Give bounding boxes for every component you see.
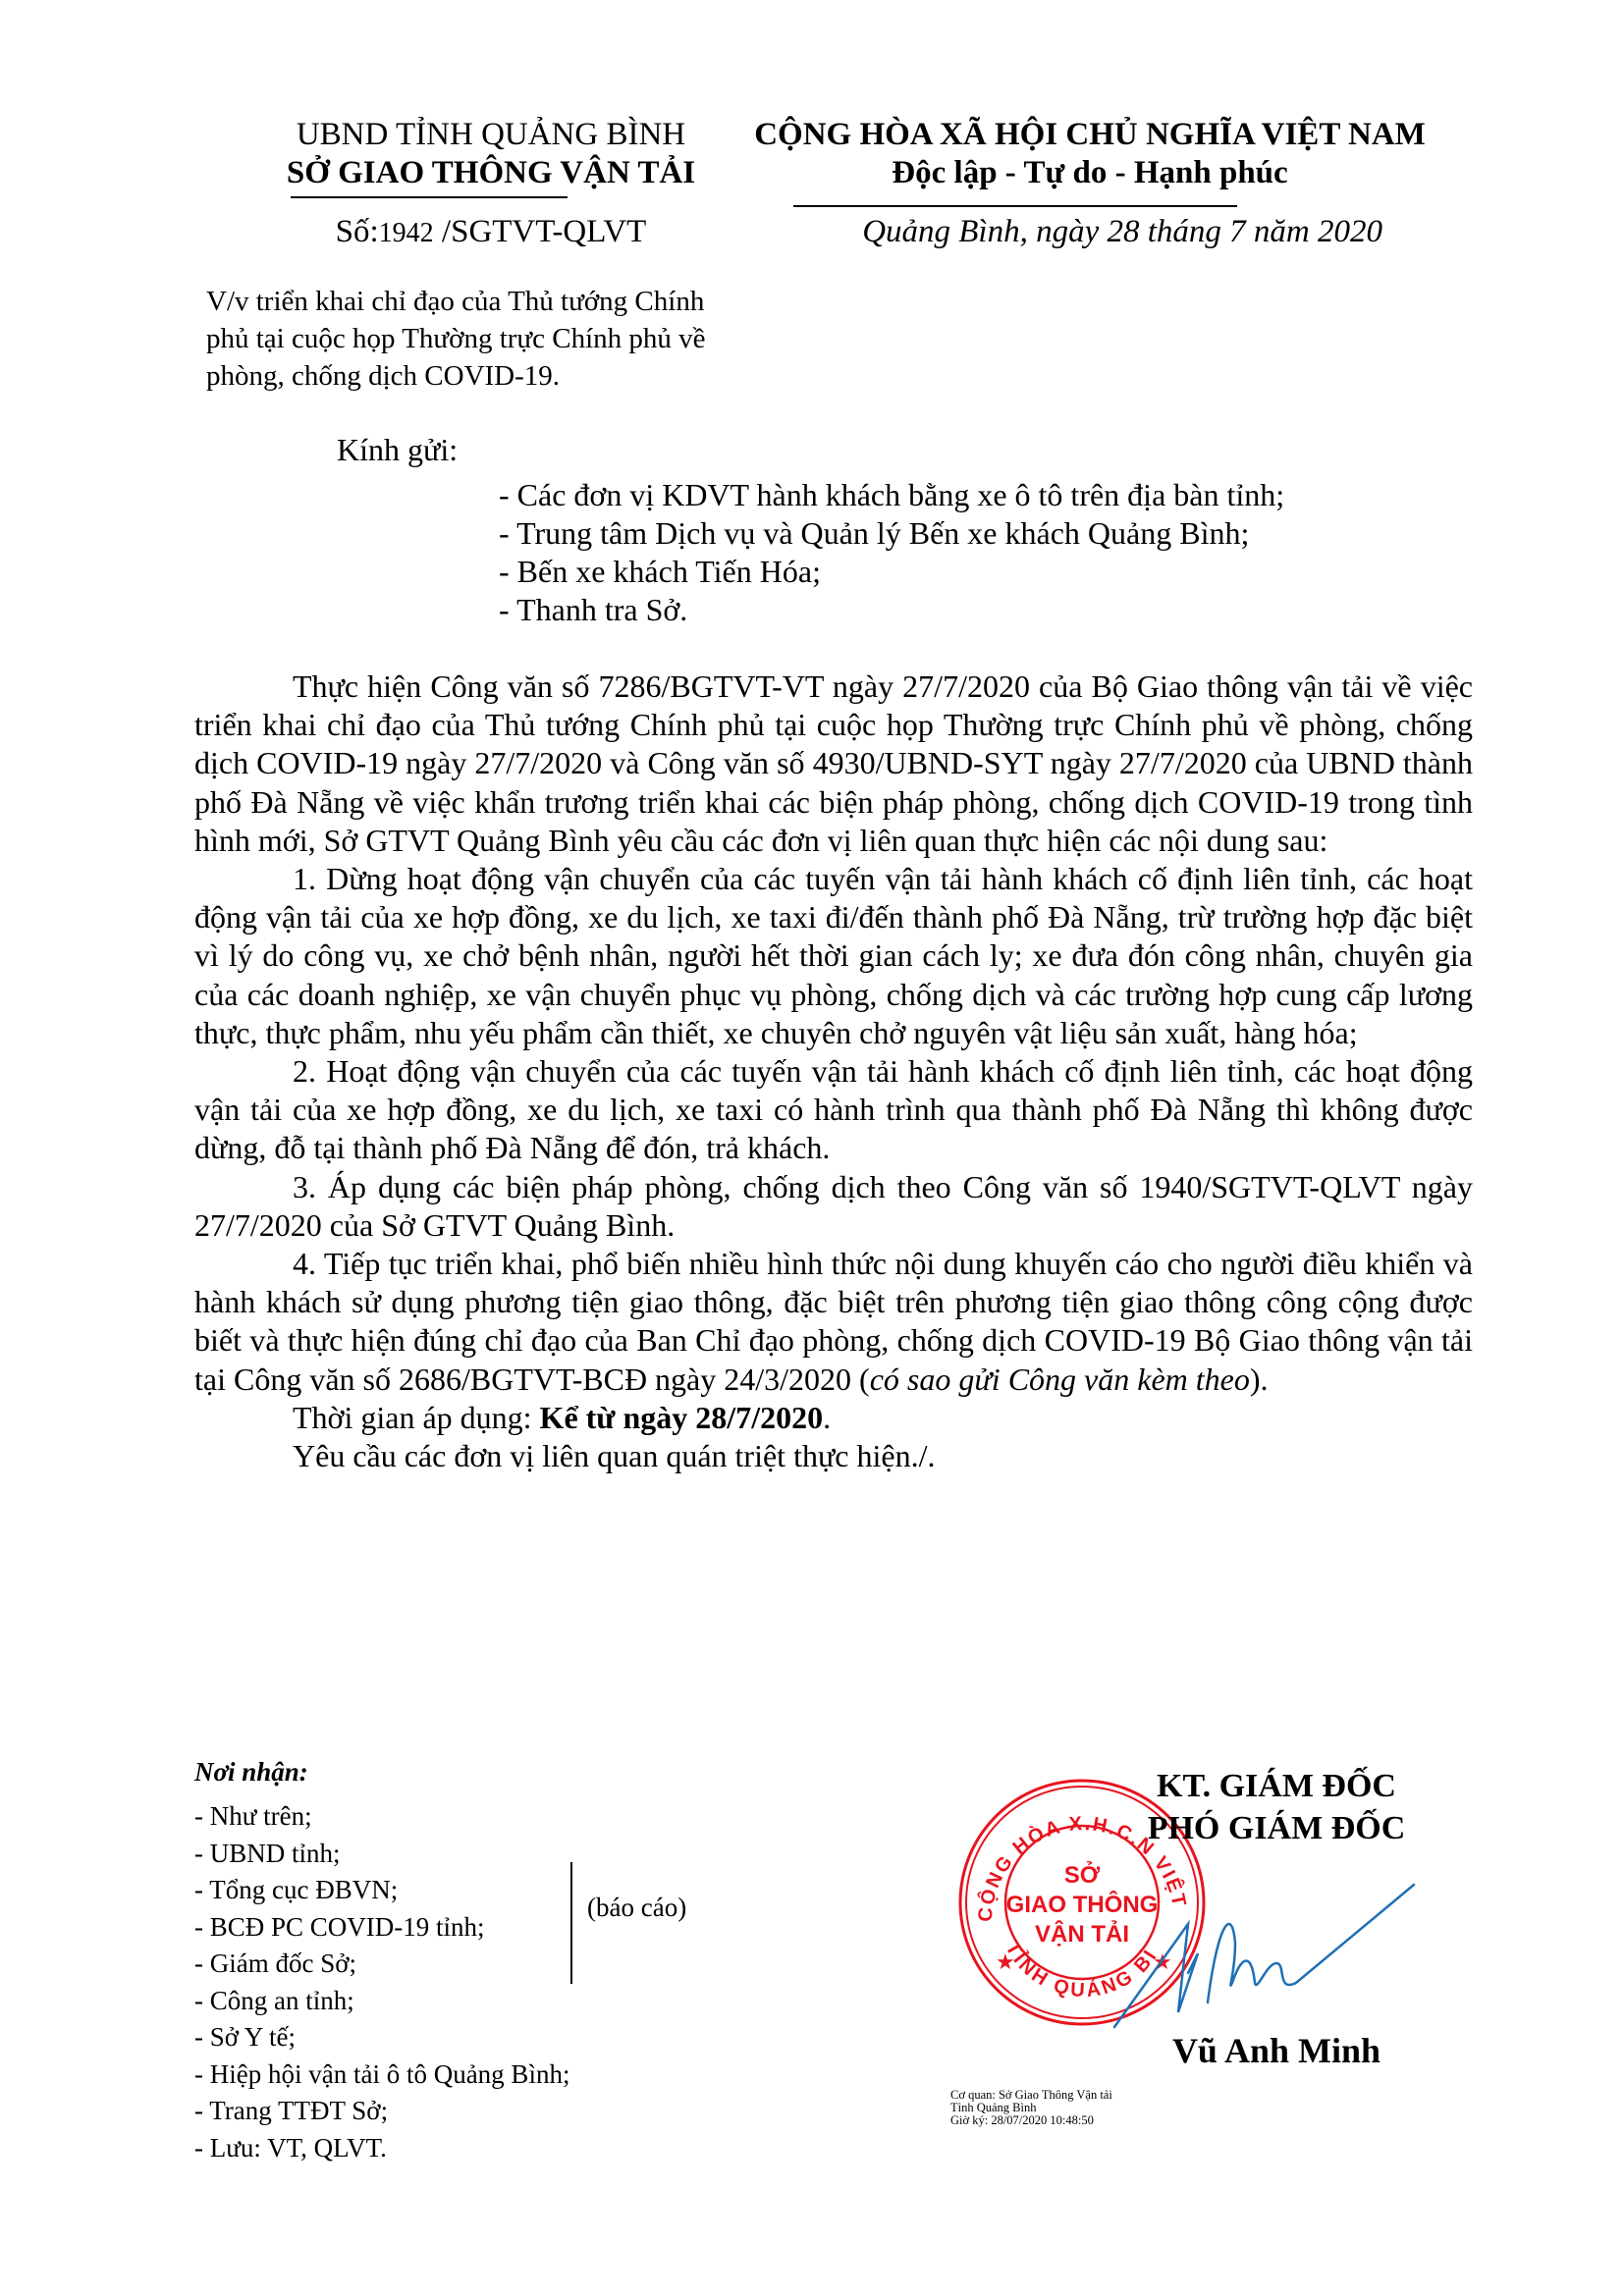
recipient-item: - Thanh tra Sở.	[499, 591, 1284, 629]
distribution-item: - UBND tỉnh;	[194, 1836, 569, 1873]
digital-sig-line: Giờ ký: 28/07/2020 10:48:50	[950, 2114, 1112, 2127]
distribution-list: - Như trên; - UBND tỉnh; - Tổng cục ĐBVN…	[194, 1798, 569, 2166]
org-underline	[291, 196, 568, 198]
date-place: Quảng Bình, ngày 28 tháng 7 năm 2020	[687, 214, 1492, 250]
motto-underline	[793, 205, 1237, 207]
recipient-item: - Trung tâm Dịch vụ và Quản lý Bến xe kh…	[499, 514, 1284, 553]
body-item-3: 3. Áp dụng các biện pháp phòng, chống dị…	[194, 1168, 1473, 1245]
item4-italic: có sao gửi Công văn kèm theo	[870, 1362, 1250, 1397]
effective-label: Thời gian áp dụng:	[293, 1400, 540, 1435]
distribution-item: - BCĐ PC COVID-19 tỉnh;	[194, 1909, 569, 1947]
date-place-text: Quảng Bình, ngày 28 tháng 7 năm 2020	[862, 214, 1382, 250]
subject-line: phủ tại cuộc họp Thường trực Chính phủ v…	[206, 320, 756, 357]
digital-signature-info: Cơ quan: Sở Giao Thông Vận tải Tỉnh Quản…	[950, 2089, 1112, 2127]
signer-role-1: KT. GIÁM ĐỐC	[1070, 1767, 1483, 1806]
signer-role-2: PHÓ GIÁM ĐỐC	[1070, 1809, 1483, 1848]
body-item-4: 4. Tiếp tục triển khai, phổ biến nhiều h…	[194, 1245, 1473, 1399]
subject-line: phòng, chống dịch COVID-19.	[206, 357, 756, 395]
effective-end: .	[823, 1400, 831, 1435]
signer-name: Vũ Anh Minh	[1070, 2031, 1483, 2070]
doc-number-value: 1942	[379, 218, 434, 248]
effective-date: Thời gian áp dụng: Kể từ ngày 28/7/2020.	[194, 1399, 1473, 1437]
motto: Độc lập - Tự do - Hạnh phúc	[687, 154, 1492, 191]
body-item-2: 2. Hoạt động vận chuyển của các tuyến vậ…	[194, 1052, 1473, 1168]
doc-number-prefix: Số:	[336, 214, 379, 249]
handwritten-signature-icon	[1060, 1865, 1434, 2032]
recipient-list: - Các đơn vị KDVT hành khách bằng xe ô t…	[499, 476, 1284, 629]
distribution-item: - Công an tỉnh;	[194, 1983, 569, 2020]
recipient-item: - Bến xe khách Tiến Hóa;	[499, 553, 1284, 591]
item4-main: 4. Tiếp tục triển khai, phổ biến nhiều h…	[194, 1246, 1473, 1397]
svg-text:★: ★	[996, 1949, 1015, 1974]
body-text: Thực hiện Công văn số 7286/BGTVT-VT ngày…	[194, 667, 1473, 1475]
bracket-note: (báo cáo)	[587, 1893, 686, 1923]
salutation: Kính gửi:	[337, 432, 458, 468]
body-intro: Thực hiện Công văn số 7286/BGTVT-VT ngày…	[194, 667, 1473, 860]
distribution-item: - Tổng cục ĐBVN;	[194, 1872, 569, 1909]
recipient-item: - Các đơn vị KDVT hành khách bằng xe ô t…	[499, 476, 1284, 514]
distribution-item: - Như trên;	[194, 1798, 569, 1836]
body-item-1: 1. Dừng hoạt động vận chuyển của các tuy…	[194, 860, 1473, 1052]
doc-number-suffix: /SGTVT-QLVT	[442, 214, 646, 249]
distribution-title: Nơi nhận:	[194, 1757, 308, 1788]
distribution-item: - Lưu: VT, QLVT.	[194, 2130, 569, 2167]
distribution-item: - Hiệp hội vận tải ô tô Quảng Bình;	[194, 2056, 569, 2094]
subject-line: V/v triển khai chỉ đạo của Thủ tướng Chí…	[206, 283, 756, 320]
effective-value: Kể từ ngày 28/7/2020	[540, 1400, 824, 1435]
distribution-item: - Trang TTĐT Sở;	[194, 2093, 569, 2130]
item4-end: ).	[1250, 1362, 1269, 1397]
nation-title: CỘNG HÒA XÃ HỘI CHỦ NGHĨA VIỆT NAM	[687, 116, 1492, 153]
subject: V/v triển khai chỉ đạo của Thủ tướng Chí…	[206, 283, 756, 395]
bracket-line	[570, 1862, 572, 1984]
closing: Yêu cầu các đơn vị liên quan quán triệt …	[194, 1437, 1473, 1475]
distribution-item: - Giám đốc Sở;	[194, 1946, 569, 1983]
distribution-item: - Sở Y tế;	[194, 2019, 569, 2056]
